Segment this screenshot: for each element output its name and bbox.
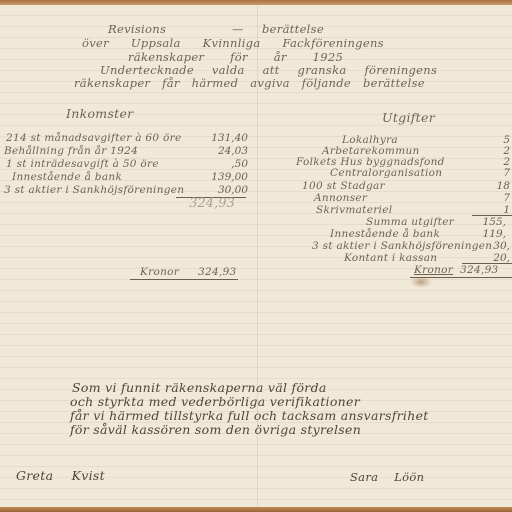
expense-after-label: Kontant i kassan [344,252,437,264]
expense-row-label: Centralorganisation [330,167,442,179]
income-total-rule [130,279,238,280]
closing-line4: för såväl kassören som den övriga styrel… [70,422,361,437]
income-row-amount: ,50 [196,158,248,170]
income-row-amount: 139,00 [196,171,248,183]
income-row-label: Innestående å bank [12,171,122,183]
expense-after-amount: 119, [474,228,506,240]
signature-left: Greta Kvist [16,468,105,483]
expense-subtotal-value: 155, [474,216,506,228]
header-line1-left: Revisions [108,22,166,36]
expense-row-label: 100 st Stadgar [302,180,385,192]
expense-total-value: 324,93 [460,264,499,276]
header-line3: räkenskaper för år 1925 [128,50,343,64]
income-row-label: 214 st månadsavgifter à 60 öre [6,132,181,144]
header-line1-dash: — [232,22,244,36]
header-line2: över Uppsala Kvinnliga Fackföreningens [82,36,384,50]
header-line5: räkenskaper får härmed avgiva följande b… [74,76,425,90]
income-row-label: 1 st inträdesavgift à 50 öre [6,158,159,170]
income-row-amount: 24,03 [196,145,248,157]
signature-right: Sara Löön [350,470,424,484]
expense-row-label: Annonser [314,192,367,204]
page-bottom-edge [0,507,512,512]
expense-total-label: Kronor [414,264,453,276]
expense-after-label: Innestående å bank [330,228,440,240]
expense-after-label: 3 st aktier i Sankhöjsföreningen [312,240,492,252]
expense-row-amount: 7 [486,192,510,204]
income-total-value: 324,93 [198,266,237,278]
income-total-label: Kronor [140,266,179,278]
income-row-amount: 30,00 [196,184,248,196]
expense-subtotal-label: Summa utgifter [366,216,454,228]
closing-line3: får vi härmed tillstyrka full och tacksa… [70,408,429,423]
header-line1-right: berättelse [262,22,324,36]
expenses-title: Utgifter [382,110,435,125]
income-row-label: 3 st aktier i Sankhöjsföreningen [4,184,184,196]
expense-row-amount: 18 [486,180,510,192]
income-row-label: Behållning från år 1924 [4,145,138,157]
income-title: Inkomster [66,106,133,121]
ink-stain [410,276,432,288]
income-pencil-sum: 324,93 [180,196,244,211]
closing-line2: och styrkta med vederbörliga verifikatio… [70,394,360,409]
header-line4: Undertecknade valda att granska förening… [100,63,437,77]
closing-line1: Som vi funnit räkenskaperna väl förda [72,380,327,395]
income-row-amount: 131,40 [196,132,248,144]
expense-row-amount: 7 [486,167,510,179]
expense-row-label: Skrivmateriel [316,204,392,216]
expense-after-amount: 30, [474,240,510,252]
